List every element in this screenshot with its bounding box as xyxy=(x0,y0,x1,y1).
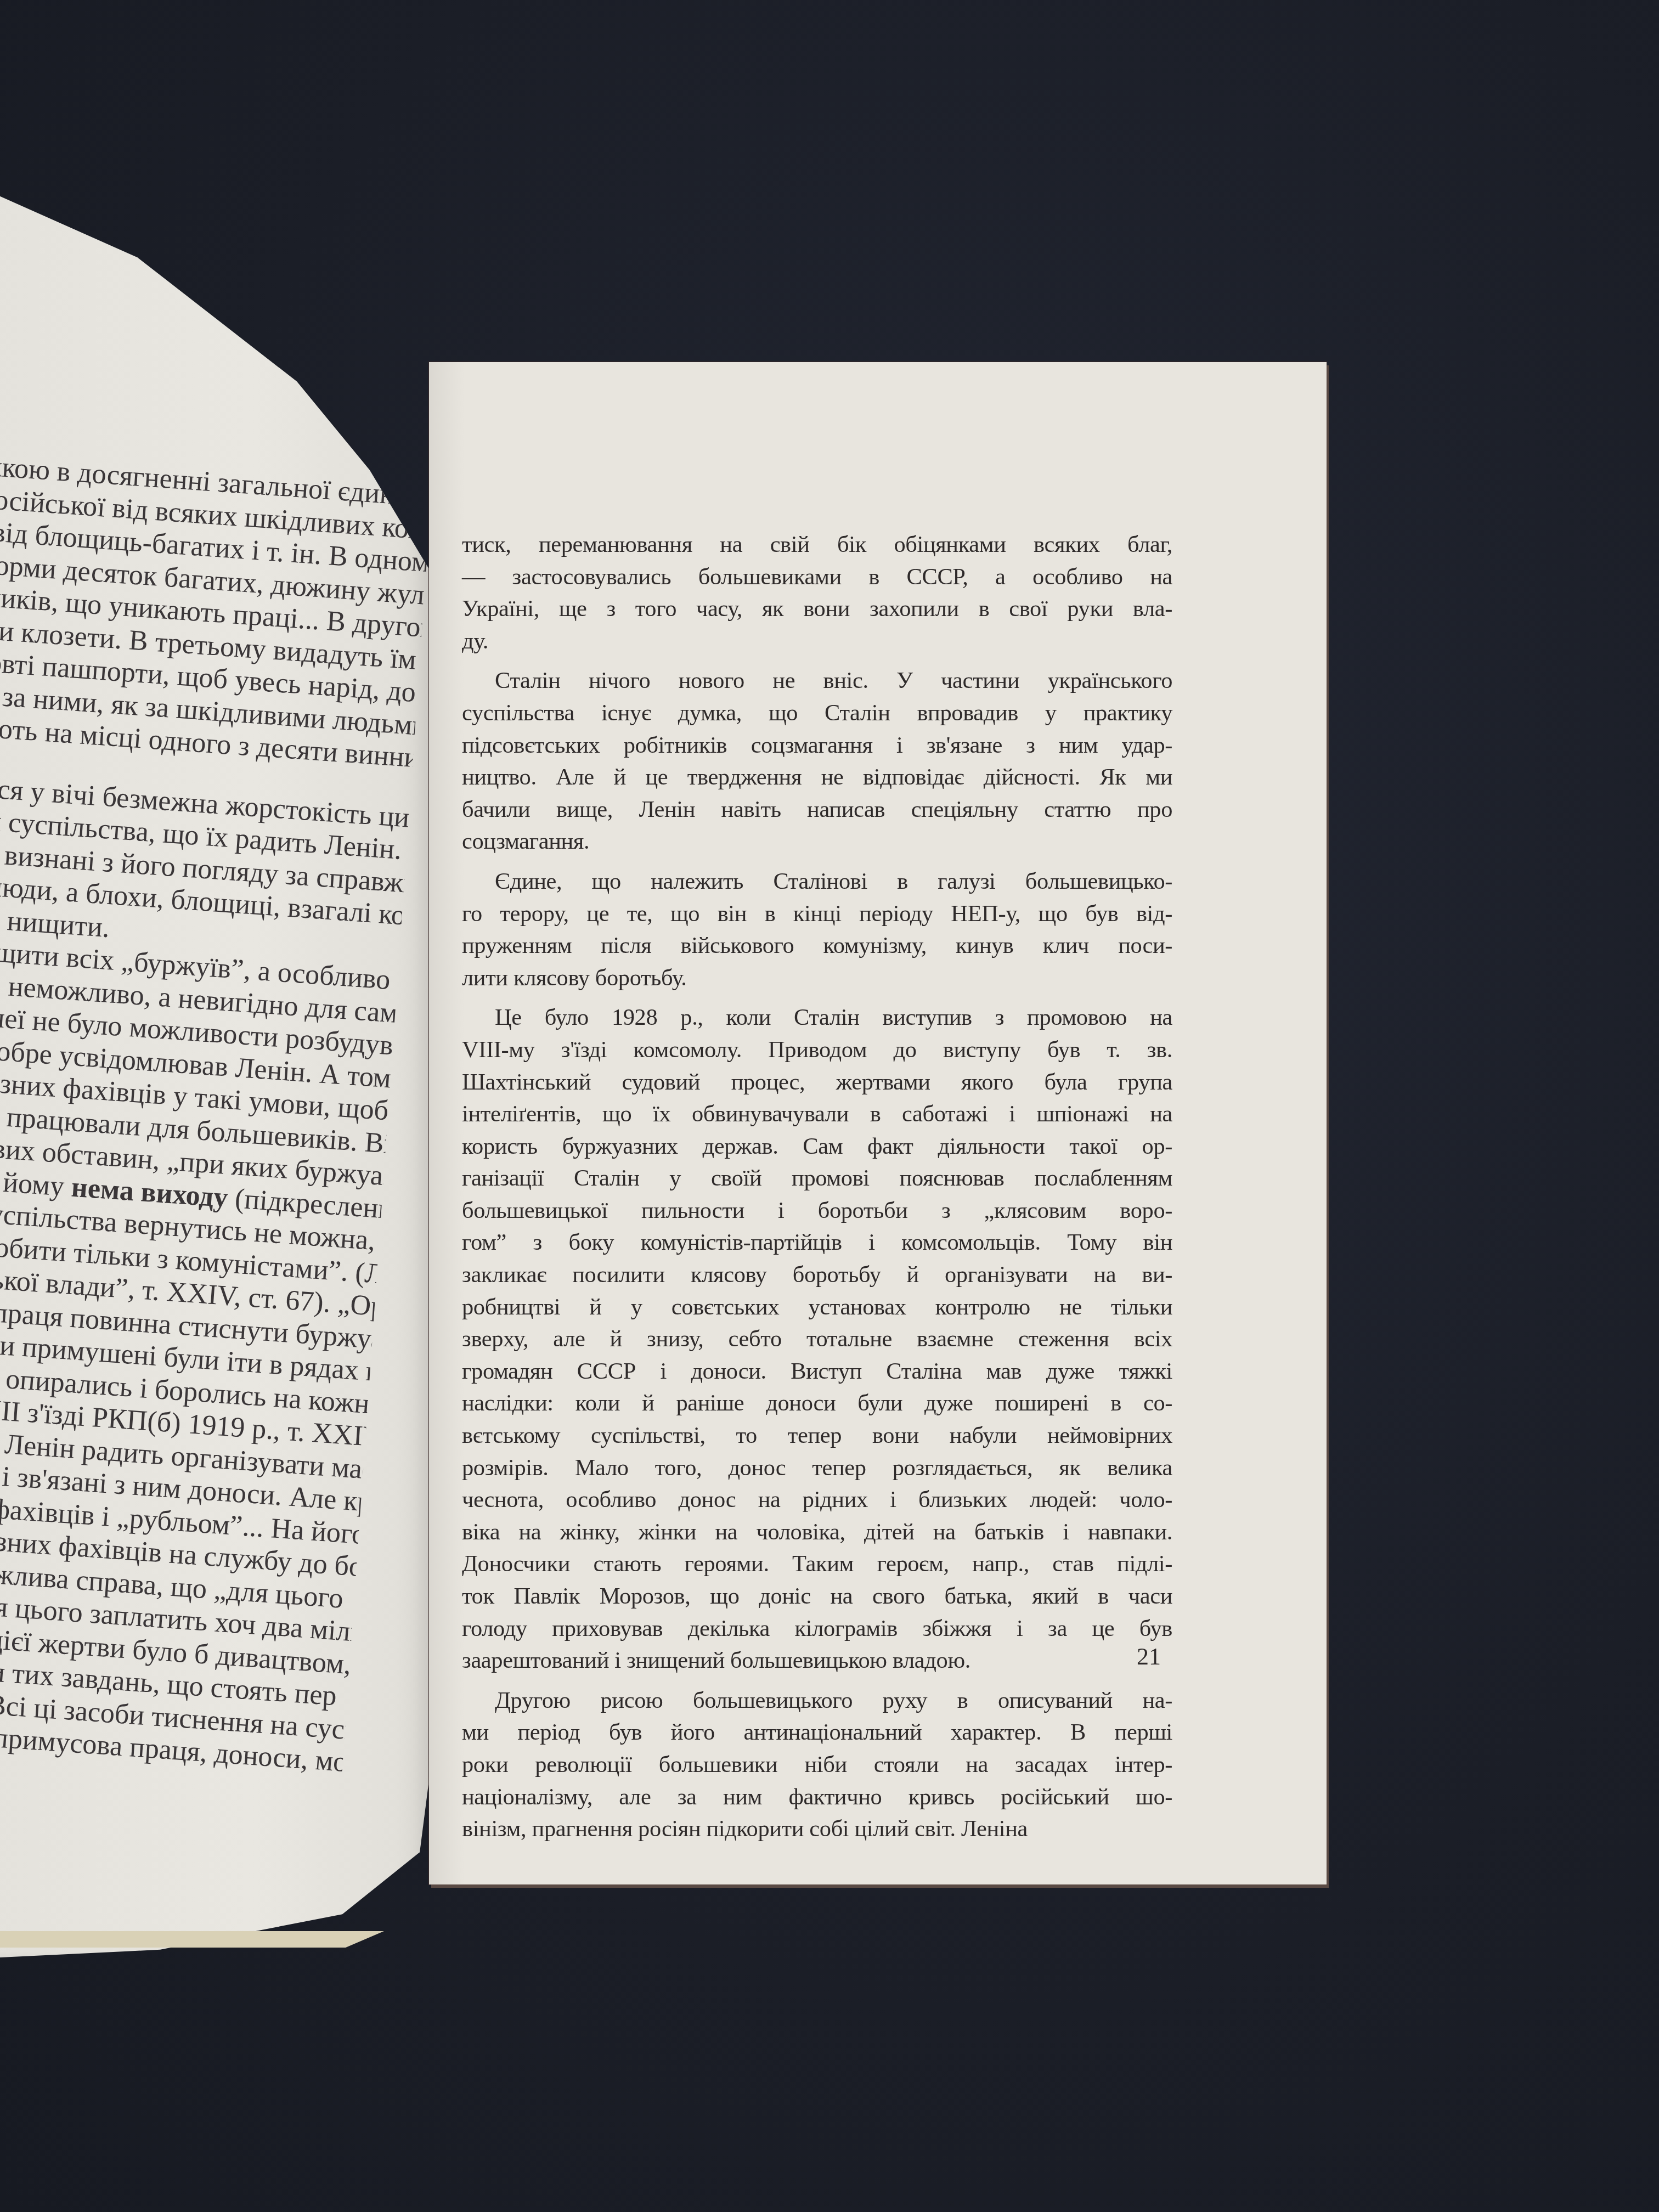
text-line: лити клясову боротьбу. xyxy=(462,962,1172,995)
text-line: вєтському суспільстві, то тепер вони наб… xyxy=(462,1420,1172,1452)
text-line: Єдине, що належить Сталінові в галузі бо… xyxy=(462,866,1172,898)
text-line: бачили вище, Ленін навіть написав спеція… xyxy=(462,794,1172,826)
text-line: націоналізму, але за ним фактично кривсь… xyxy=(462,1781,1172,1814)
text-line: підсовєтських робітників соцзмагання і з… xyxy=(462,730,1172,762)
text-line: користь буржуазних держав. Сам факт діял… xyxy=(462,1131,1172,1163)
text-line: Україні, ще з того часу, як вони захопил… xyxy=(462,593,1172,625)
text-line: заарештований і знищений большевицькою в… xyxy=(462,1645,1172,1677)
paragraph: Єдине, що належить Сталінові в галузі бо… xyxy=(462,866,1172,994)
text-line: закликає посилити клясову боротьбу й орг… xyxy=(462,1259,1172,1291)
left-page-stack-edge xyxy=(0,1931,384,1948)
text-line: го терору, це те, що він в кінці періоду… xyxy=(462,898,1172,930)
text-line: большевицької пильности і боротьби з „кл… xyxy=(462,1195,1172,1227)
text-line: інтеліґентів, що їх обвинувачували в саб… xyxy=(462,1098,1172,1131)
text-line: громадян СССР і доноси. Виступ Сталіна м… xyxy=(462,1356,1172,1388)
text-line: гом” з боку комуністів-партійців і комсо… xyxy=(462,1227,1172,1259)
text-line: — застосовувались большевиками в СССР, а… xyxy=(462,561,1172,594)
paragraph: тиск, переманювання на свій бік обіцянка… xyxy=(462,529,1172,657)
text-line: Це було 1928 р., коли Сталін виступив з … xyxy=(462,1002,1172,1034)
text-line: наслідки: коли й раніше доноси були дуже… xyxy=(462,1387,1172,1420)
paragraph: Це було 1928 р., коли Сталін виступив з … xyxy=(462,1002,1172,1677)
left-page-text: жкою в досягненні загальної єдиної мети:… xyxy=(0,450,432,1779)
text-line: розмірів. Мало того, донос тепер розгляд… xyxy=(462,1452,1172,1485)
paragraph: Другою рисою большевицького руху в опису… xyxy=(462,1685,1172,1846)
text-line: тиск, переманювання на свій бік обіцянка… xyxy=(462,529,1172,561)
right-page: тиск, переманювання на свій бік обіцянка… xyxy=(429,362,1327,1884)
text-line: ганізації Сталін у своїй промові пояснюв… xyxy=(462,1163,1172,1195)
text-line: VIII-му з'їзді комсомолу. Приводом до ви… xyxy=(462,1034,1172,1066)
text-line: суспільства існує думка, що Сталін впров… xyxy=(462,697,1172,730)
text-line: ток Павлік Морозов, що доніс на свого ба… xyxy=(462,1581,1172,1613)
right-page-text: тиск, переманювання на свій бік обіцянка… xyxy=(462,521,1172,1846)
text-line: віка на жінку, жінки на чоловіка, дітей … xyxy=(462,1516,1172,1549)
page-number: 21 xyxy=(1137,1643,1161,1671)
text-line: роки революції большевики ніби стояли на… xyxy=(462,1749,1172,1781)
text-line: голоду приховував декілька кілограмів зб… xyxy=(462,1613,1172,1645)
text-line: Доносчики стають героями. Таким героєм, … xyxy=(462,1548,1172,1581)
text-line: пруженням після військового комунізму, к… xyxy=(462,930,1172,962)
text-line: ництво. Але й це твердження не відповіда… xyxy=(462,761,1172,794)
text-line: вінізм, прагнення росіян підкорити собі … xyxy=(462,1813,1172,1846)
text-line: Шахтінський судовий процес, жертвами яко… xyxy=(462,1066,1172,1099)
text-line: робництві й у совєтських установах контр… xyxy=(462,1291,1172,1324)
text-line: соцзмагання. xyxy=(462,826,1172,858)
text-line: Другою рисою большевицького руху в опису… xyxy=(462,1685,1172,1717)
text-line: Сталін нічого нового не вніс. У частини … xyxy=(462,665,1172,697)
text-line: чеснота, особливо донос на рідних і близ… xyxy=(462,1484,1172,1516)
text-line: ми період був його антинаціональний хара… xyxy=(462,1717,1172,1749)
text-line: зверху, але й знизу, себто тотальне взає… xyxy=(462,1323,1172,1356)
text-line: ду. xyxy=(462,625,1172,658)
paragraph: Сталін нічого нового не вніс. У частини … xyxy=(462,665,1172,858)
